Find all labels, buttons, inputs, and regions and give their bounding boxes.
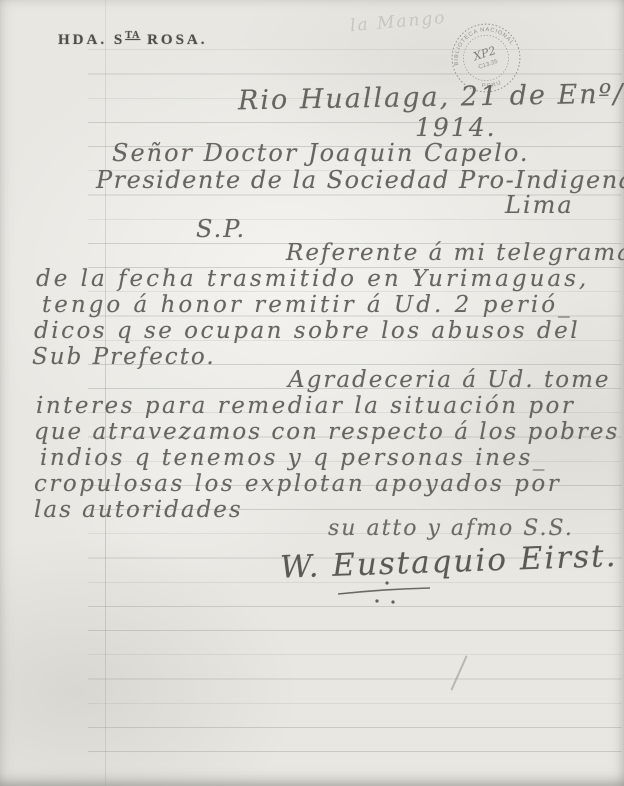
pencil-annotation: la Mango xyxy=(349,8,447,36)
signature: W. Eustaquio Eirst. G. xyxy=(279,536,624,585)
flourish-underline xyxy=(338,588,430,594)
body-line: indios q tenemos y q personas ines_ xyxy=(40,445,547,471)
recipient-title: Presidente de la Sociedad Pro-Indigena xyxy=(96,166,624,194)
body-line: dicos q se ocupan sobre los abusos del xyxy=(34,318,580,344)
body-line: Referente á mi telegrama xyxy=(286,240,624,266)
signature-flourish xyxy=(333,578,437,608)
body-line: Agradeceria á Ud. tome xyxy=(288,367,611,393)
flourish-dot xyxy=(391,600,394,603)
closing-line: su atto y afmo S.S. xyxy=(328,516,574,541)
letterhead-text: HDA. STA ROSA. xyxy=(58,30,208,49)
letterhead-prefix: HDA. S xyxy=(58,32,125,48)
salutation: S.P. xyxy=(196,215,246,243)
letterhead-superscript: TA xyxy=(125,30,140,41)
scanned-letter-page: HDA. STA ROSA. la Mango BIBLIOTECA NACIO… xyxy=(0,0,624,786)
diagonal-crease-mark xyxy=(450,655,467,691)
recipient-name: Señor Doctor Joaquin Capelo. xyxy=(112,139,530,167)
date-line: Rio Huallaga, 21 de Enº/ xyxy=(238,79,624,117)
letterhead-suffix: ROSA. xyxy=(140,32,207,48)
date-year: 1914. xyxy=(415,113,497,142)
body-line: Sub Prefecto. xyxy=(32,344,216,370)
body-line: tengo á honor remitir á Ud. 2 perió_ xyxy=(42,292,573,318)
recipient-city: Lima xyxy=(505,191,574,219)
body-line: las autoridades xyxy=(34,497,243,523)
body-line: interes para remediar la situación por xyxy=(36,393,575,419)
body-line: cropulosas los explotan apoyados por xyxy=(34,471,561,497)
flourish-dot xyxy=(385,581,388,584)
body-line: que atravezamos con respecto á los pobre… xyxy=(34,419,619,445)
body-line: de la fecha trasmitido en Yurimaguas, xyxy=(36,266,589,292)
flourish-dot xyxy=(375,599,378,602)
